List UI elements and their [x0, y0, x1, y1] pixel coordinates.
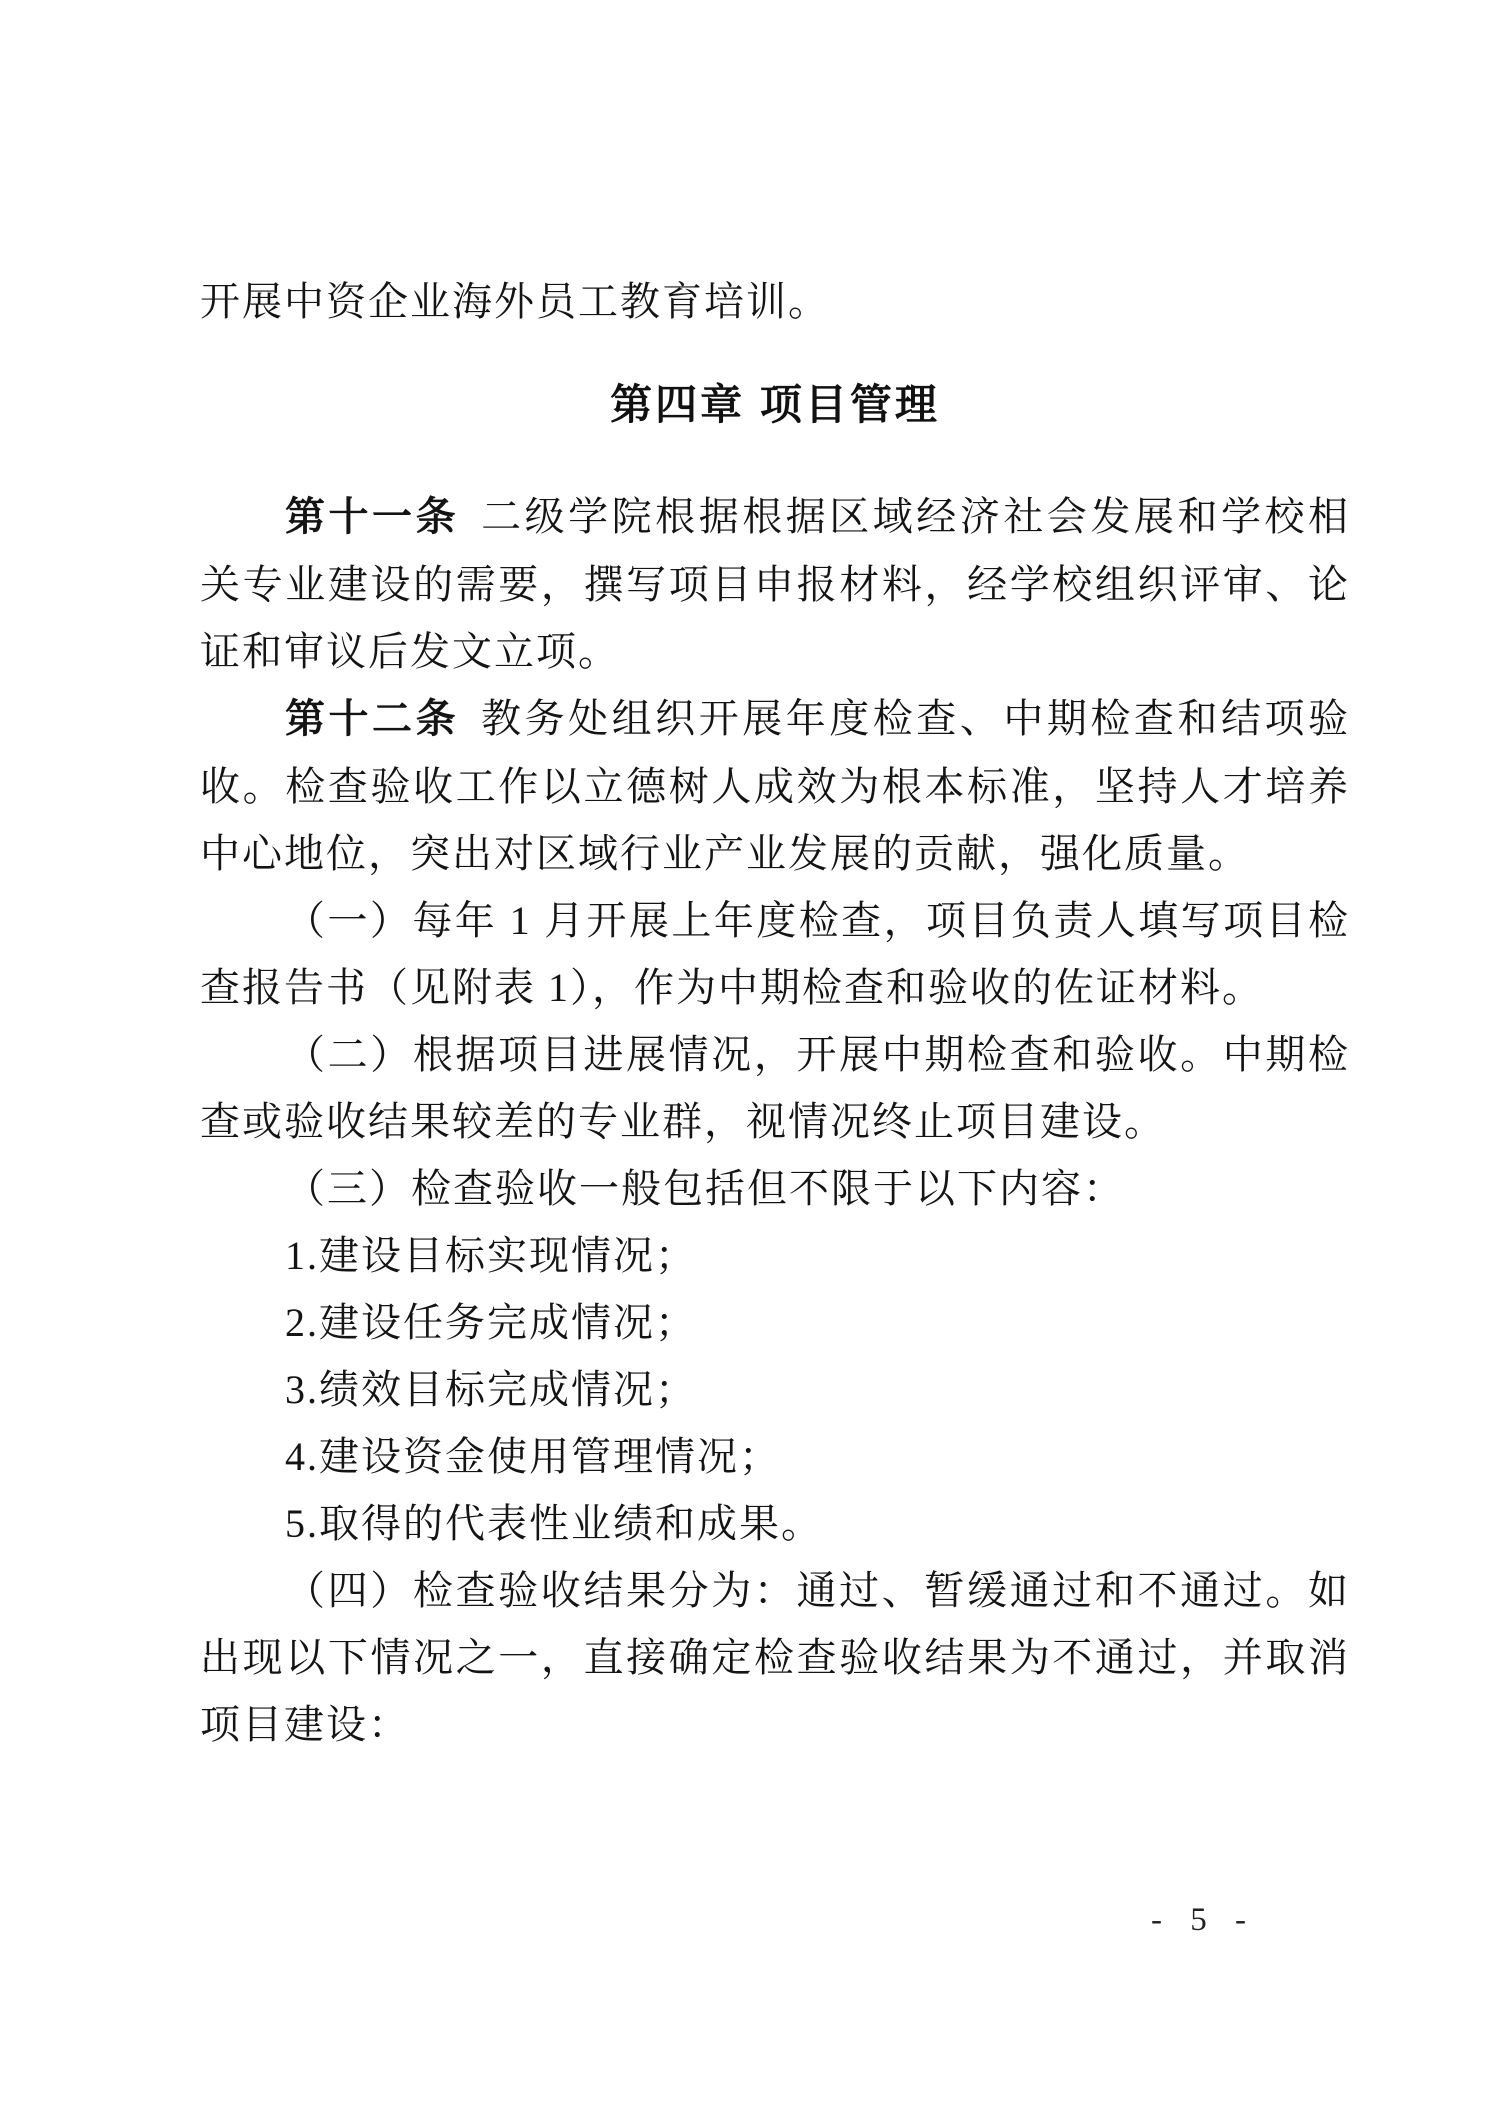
list-item-2: 2.建设任务完成情况；: [200, 1289, 1350, 1356]
chapter-heading: 第四章 项目管理: [200, 371, 1350, 438]
article-11-paragraph: 第十一条二级学院根据根据区域经济社会发展和学校相关专业建设的需要，撰写项目申报材…: [200, 483, 1350, 685]
list-item-3: 3.绩效目标完成情况；: [200, 1356, 1350, 1423]
article-12-paragraph: 第十二条教务处组织开展年度检查、中期检查和结项验收。检查验收工作以立德树人成效为…: [200, 685, 1350, 887]
document-page: 开展中资企业海外员工教育培训。 第四章 项目管理 第十一条二级学院根据根据区域经…: [0, 0, 1488, 2105]
list-item-5: 5.取得的代表性业绩和成果。: [200, 1490, 1350, 1557]
intro-paragraph: 开展中资企业海外员工教育培训。: [200, 268, 1350, 335]
list-item-4: 4.建设资金使用管理情况；: [200, 1423, 1350, 1490]
article-11-lead: 第十一条: [285, 495, 459, 539]
article-12-lead: 第十二条: [285, 697, 459, 741]
clause-3-paragraph: （三）检查验收一般包括但不限于以下内容：: [200, 1155, 1350, 1222]
clause-4-paragraph: （四）检查验收结果分为：通过、暂缓通过和不通过。如出现以下情况之一，直接确定检查…: [200, 1557, 1350, 1758]
page-number: - 5 -: [1151, 1902, 1256, 1939]
document-body: 开展中资企业海外员工教育培训。 第四章 项目管理 第十一条二级学院根据根据区域经…: [200, 268, 1350, 1758]
clause-1-paragraph: （一）每年 1 月开展上年度检查，项目负责人填写项目检查报告书（见附表 1），作…: [200, 887, 1350, 1021]
clause-2-paragraph: （二）根据项目进展情况，开展中期检查和验收。中期检查或验收结果较差的专业群，视情…: [200, 1021, 1350, 1155]
list-item-1: 1.建设目标实现情况；: [200, 1222, 1350, 1289]
